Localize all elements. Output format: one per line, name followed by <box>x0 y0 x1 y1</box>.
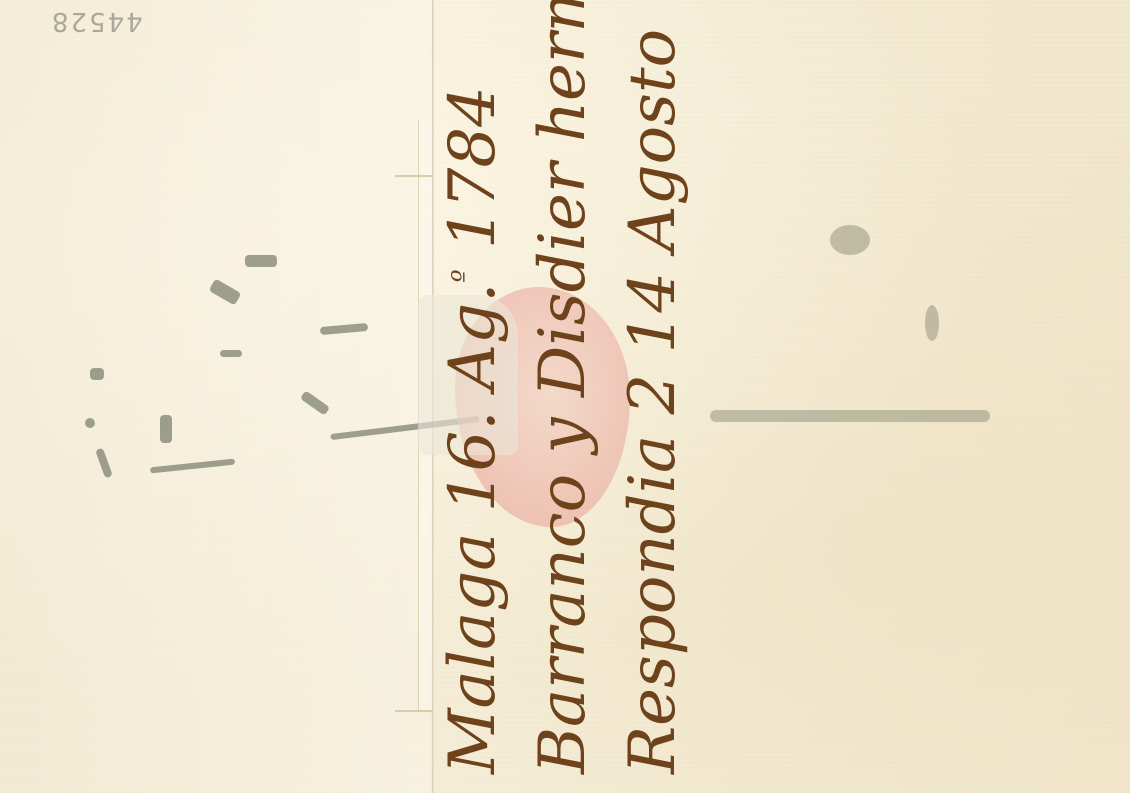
left-panel <box>0 0 430 793</box>
pencil-inventory-number: 44528 <box>50 6 143 36</box>
docket-line-reply: Respondia 2 14 Agosto <box>616 29 690 774</box>
docket-line-place-date: Malaga 16. Ag.º 1784 <box>436 86 510 774</box>
docket-line-sender: Barranco y Disdier herm.º <box>526 0 600 774</box>
fold-notch <box>395 175 433 177</box>
fold-notch <box>395 710 433 712</box>
